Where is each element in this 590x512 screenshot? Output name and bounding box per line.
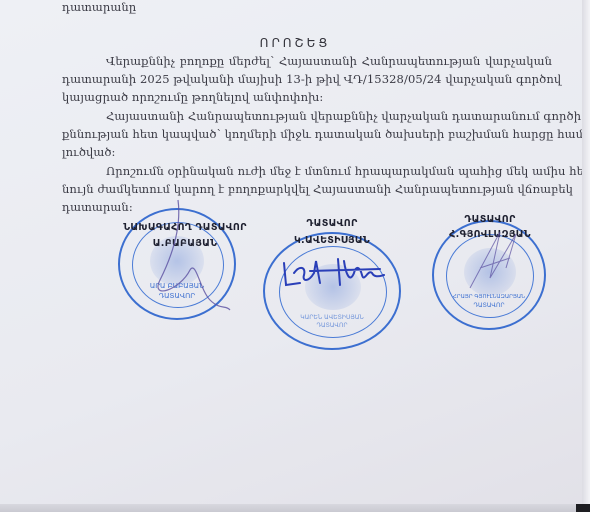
signer-name-2: Կ.ԱՎԵՏԻՍՅԱՆ xyxy=(262,235,402,246)
paragraph-2-line-3: լուծված: xyxy=(62,145,115,159)
stamp-role-2: ԴԱՏԱՎՈՐ xyxy=(265,322,399,329)
signature-3 xyxy=(460,228,530,298)
paragraph-3-line-1: Որոշումն օրինական ուժի մեջ է մտնում հրապ… xyxy=(106,164,552,178)
signature-2 xyxy=(280,255,390,295)
decision-heading: ՈՐՈՇԵՑ xyxy=(0,36,590,50)
stamp-role-3: ԴԱՏԱՎՈՐ xyxy=(434,302,544,309)
paragraph-2-line-2: քննության հետ կապված՝ կողմերի միջև դատակ… xyxy=(62,127,552,141)
scan-corner xyxy=(576,504,590,512)
page-edge-bottom xyxy=(0,504,590,512)
paragraph-1-line-2: դատարանի 2025 թվականի մայիսի 13-ի թիվ ՎԴ… xyxy=(62,72,552,86)
paragraph-2-line-1: Հայաստանի Հանրապետության վերաքննիչ վարչա… xyxy=(106,109,552,123)
paragraph-3-line-2: նույն ժամկետում կարող է բողոքարկվել Հայա… xyxy=(62,182,552,196)
paragraph-3-line-3: դատարան: xyxy=(62,200,133,214)
stamp-name-2: ԿԱՐԵՆ ԱՎԵՏԻՍՅԱՆ xyxy=(265,314,399,321)
signer-role-2: ԴԱՏԱՎՈՐ xyxy=(262,218,402,229)
paragraph-1-line-1: Վերաքննիչ բողոքը մերժել՝ Հայաստանի Հանրա… xyxy=(106,54,552,68)
paragraph-1-line-3: կայացրած որոշումը թողնելով անփոփոխ: xyxy=(62,90,323,104)
top-fragment: դատարանը xyxy=(62,0,136,14)
document-page: դատարանը ՈՐՈՇԵՑ Վերաքննիչ բողոքը մերժել՝… xyxy=(0,0,582,504)
signer-role-3: ԴԱՏԱՎՈՐ xyxy=(420,214,560,225)
page-edge xyxy=(582,0,590,512)
signature-1 xyxy=(130,200,250,320)
